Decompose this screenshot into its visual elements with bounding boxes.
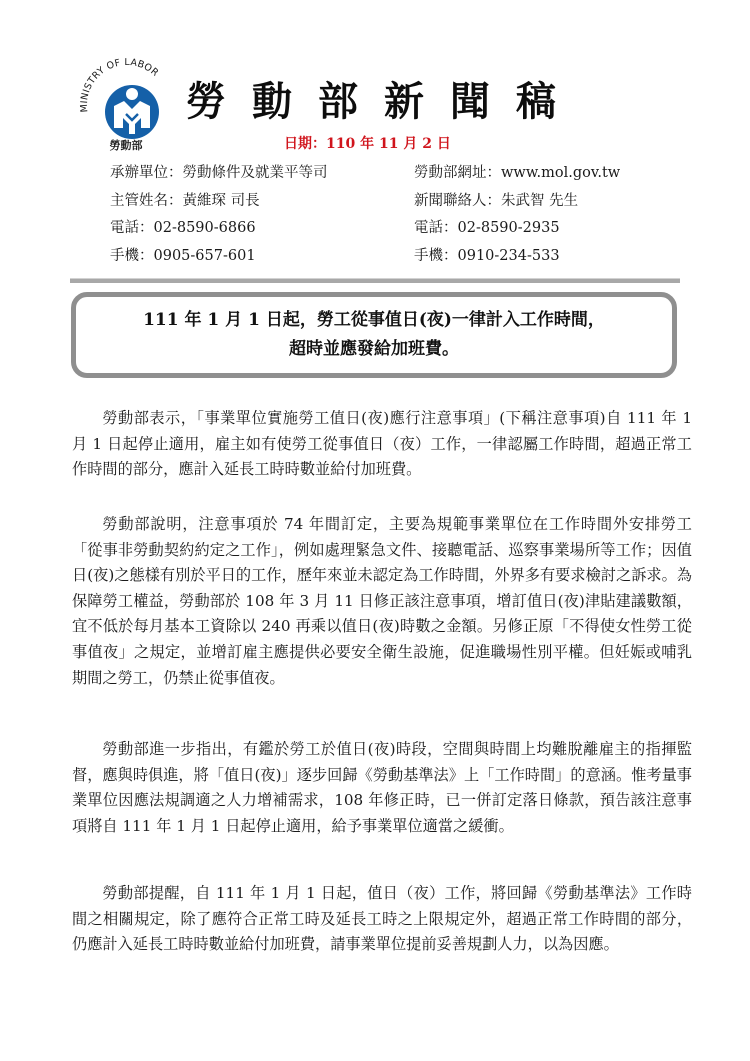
paragraph-text: 勞動部說明，注意事項於 74 年間訂定，主要為規範事業單位在工作時間外安排勞工「… [72,512,692,691]
press-contact-phone: 電話：02-8590-2935 [414,215,620,243]
supervisor-mobile: 手機：0905-657-601 [110,243,328,271]
contact-info-left: 承辦單位：勞動條件及就業平等司 主管姓名：黃維琛 司長 電話：02-8590-6… [110,160,328,270]
body-paragraph-4: 勞動部提醒，自 111 年 1 月 1 日起，值日（夜）工作，將回歸《勞動基準法… [72,881,692,958]
press-contact-name: 新聞聯絡人：朱武智 先生 [414,188,620,216]
ministry-of-labor-emblem-icon: MINISTRY OF LABOR [74,56,178,140]
logo-caption: 勞動部 [96,137,156,153]
press-contact-mobile: 手機：0910-234-533 [414,243,620,271]
body-paragraph-1: 勞動部表示，「事業單位實施勞工值日(夜)應行注意事項」(下稱注意事項)自 111… [72,406,692,483]
paragraph-text: 勞動部進一步指出，有鑑於勞工於值日(夜)時段，空間與時間上均難脫離雇主的指揮監督… [72,737,692,839]
release-date: 日期：110 年 11 月 2 日 [284,133,451,153]
headline-box: 111 年 1 月 1 日起，勞工從事值日(夜)一律計入工作時間， 超時並應發給… [71,292,677,378]
headline-line-1: 111 年 1 月 1 日起，勞工從事值日(夜)一律計入工作時間， [76,306,672,335]
paragraph-text: 勞動部提醒，自 111 年 1 月 1 日起，值日（夜）工作，將回歸《勞動基準法… [72,881,692,958]
paragraph-text: 勞動部表示，「事業單位實施勞工值日(夜)應行注意事項」(下稱注意事項)自 111… [72,406,692,483]
body-paragraph-3: 勞動部進一步指出，有鑑於勞工於值日(夜)時段，空間與時間上均難脫離雇主的指揮監督… [72,737,692,839]
ministry-website: 勞動部網址：www.mol.gov.tw [414,160,620,188]
supervisor-name: 主管姓名：黃維琛 司長 [110,188,328,216]
body-paragraph-2: 勞動部說明，注意事項於 74 年間訂定，主要為規範事業單位在工作時間外安排勞工「… [72,512,692,691]
headline-line-2: 超時並應發給加班費。 [76,335,672,364]
supervisor-phone: 電話：02-8590-6866 [110,215,328,243]
responsible-unit: 承辦單位：勞動條件及就業平等司 [110,160,328,188]
header-divider [70,278,680,283]
contact-info-right: 勞動部網址：www.mol.gov.tw 新聞聯絡人：朱武智 先生 電話：02-… [414,160,620,270]
masthead-title: 勞動部新聞稿 [186,78,576,126]
